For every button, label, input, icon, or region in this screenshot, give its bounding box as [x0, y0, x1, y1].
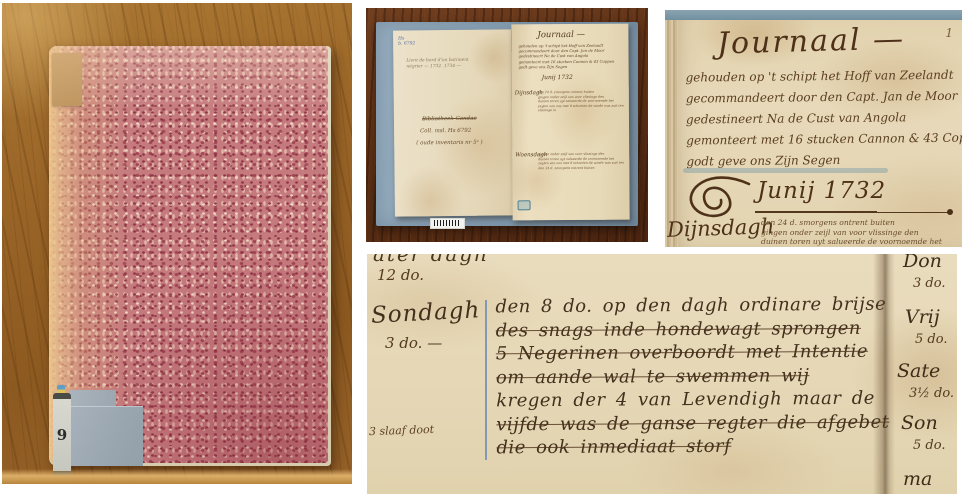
title-line: gehouden op 't schipt het Hoff van Zeela… [685, 64, 962, 88]
month-underline [755, 211, 877, 213]
entry-line: duinen toren uyt salueerde de voornoemde… [761, 237, 961, 247]
month-dash [877, 212, 949, 213]
title-line: gecommandeert door den Capt. Jan de Moor [686, 85, 962, 109]
facing-count: 3 do. [913, 276, 945, 291]
photo-open-journal: Hs b. 6792 Livre de bord d'un batiment n… [366, 8, 648, 242]
entry-line: vijfde was de ganse regter die afgebet [496, 410, 889, 436]
entry-line: om aande wal te swemmen wij [496, 363, 889, 389]
month-heading: Junij 1732 [757, 178, 886, 204]
entry-line: 5 Negerinen overboordt met Intentie [496, 340, 889, 366]
facing-day: Vrij [905, 306, 940, 328]
margin-rule-blue [485, 300, 487, 460]
facing-day: Son [901, 412, 938, 434]
photo-book-cover: 9 [2, 3, 352, 484]
page-gutter [873, 254, 895, 494]
journal-left-page: Hs b. 6792 Livre de bord d'un batiment n… [393, 29, 513, 216]
entry-line: den 24 d. smorgens ontrent buiten [761, 218, 961, 228]
title-line: gemonteert met 16 stucken Cannon & 43 Co… [686, 127, 962, 151]
facing-day: Sate [897, 360, 940, 382]
journal-title: Journaal — [717, 22, 906, 62]
entry-text-block: den 8 do. op den dagh ordinare brijse de… [495, 293, 889, 460]
facing-count: 5 do. [915, 332, 947, 347]
entry-line: kregen der 4 van Levendigh maar de [496, 387, 889, 413]
facing-page-column: Don 3 do. Vrij 5 do. Sate 3½ do. Son 5 d… [895, 254, 957, 494]
title-line: gedestineert Na de Cust van Angola [686, 106, 962, 130]
folder-edge-strip [665, 10, 962, 20]
library-stamp [518, 200, 531, 210]
journal-book: 9 [49, 46, 331, 466]
page-number: 1 [945, 26, 953, 40]
manuscript-photo-collage: 9 Hs b. 6792 Livre de bord d'un batiment… [0, 0, 962, 500]
title-text-block: gehouden op 't schipt het Hoff van Zeela… [685, 64, 962, 172]
cutoff-line: ater dagh [373, 254, 489, 266]
inventory-note: ( oude inventaris nr 5ᵉ ) [416, 140, 482, 147]
pencil-note: Livre de bord d'un batiment négrier — 17… [406, 58, 469, 71]
page-edges [665, 20, 678, 247]
facing-count: 3½ do. [909, 386, 954, 401]
blue-smear [683, 168, 888, 173]
casualty-note: 3 slaaf doot [369, 423, 434, 438]
title-lines-small: gehouden op 't schipt het Hoff van Zeela… [518, 43, 614, 70]
tan-label [52, 53, 82, 106]
spine-label: 9 [53, 393, 71, 476]
day-heading: Sondagh [370, 297, 481, 329]
photo-entry-closeup: ater dagh 12 do. Sondagh 3 do. — 3 slaaf… [367, 254, 957, 494]
entry-line: die ook inmediaat storf [496, 434, 889, 460]
entry-line: vlissinge in [538, 108, 626, 113]
entry-line: den 8 do. op den dagh ordinare brijse [495, 293, 888, 319]
photo-title-page-closeup: 1 Journaal — gehouden op 't schipt het H… [665, 10, 962, 247]
shelf-mark: Coll. msl. Hs 6792 [420, 128, 471, 135]
facing-count: 5 do. [913, 438, 945, 453]
entry-line: des snags inde hondewagt sprongen [496, 316, 889, 342]
gray-tape-large [70, 406, 143, 466]
title-line: godt geve ons Zijn Segen [519, 64, 615, 70]
second-entry-paragraph-small: gingen onder zeijl van voor vlissinge de… [538, 152, 626, 171]
month-heading-small: Junij 1732 [542, 74, 573, 81]
spine-label-number: 9 [57, 426, 67, 444]
day-count: 3 do. — [385, 334, 442, 352]
stamp-line: b. 6792 [398, 41, 415, 46]
ink-dot [947, 209, 953, 215]
entry-paragraph: den 24 d. smorgens ontrent buiten gingen… [761, 218, 961, 247]
day-heading: Dijnsdagh [667, 214, 775, 242]
entry-line: gingen onder zeijl van voor vlissinge de… [761, 228, 961, 238]
journal-title-page: Journaal — gehouden op 't schipt het Hof… [511, 24, 629, 221]
journal-title-small: Journaal — [537, 30, 585, 40]
entry-paragraph-small: den 24 d. smorgens ontrent buiten gingen… [538, 90, 626, 113]
barcode-sticker [430, 218, 465, 229]
entry-line: den 24 d. smorgens ontrent buiten [538, 165, 626, 170]
facing-day: Don [903, 254, 942, 272]
library-stamp-ink: Hs b. 6792 [398, 36, 415, 46]
crossed-out-note: Bibliotheek Gandae [422, 116, 477, 123]
pencil-note-line: négrier — 1732. 1734 — [406, 64, 469, 71]
facing-day: ma [903, 468, 932, 490]
margin-note-top: 12 do. [377, 266, 424, 284]
